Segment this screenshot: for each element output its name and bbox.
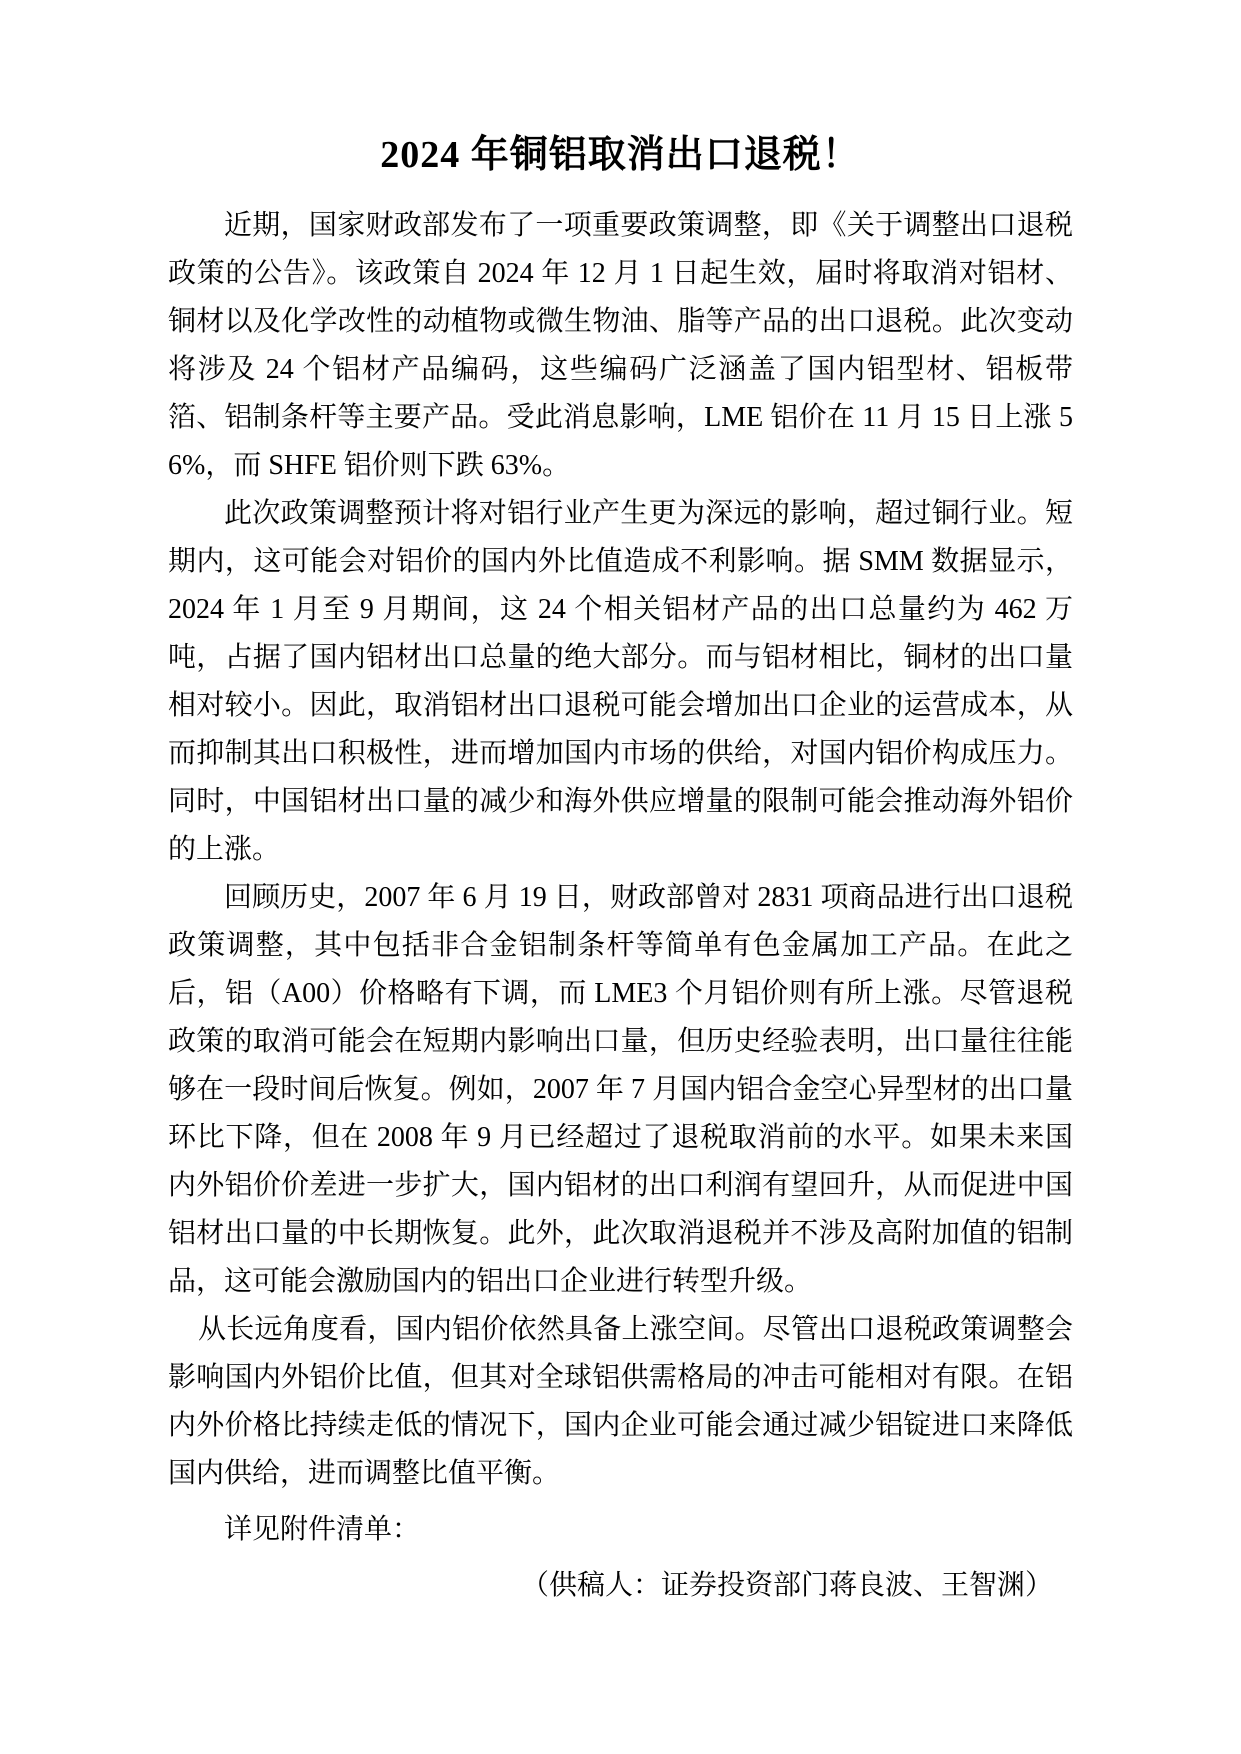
byline: （供稿人：证券投资部门蒋良波、王智渊） bbox=[168, 1562, 1053, 1610]
paragraph-policy-announcement: 近期，国家财政部发布了一项重要政策调整，即《关于调整出口退税政策的公告》。该政策… bbox=[168, 202, 1073, 490]
paragraph-historical-review: 回顾历史，2007 年 6 月 19 日，财政部曾对 2831 项商品进行出口退… bbox=[168, 874, 1073, 1306]
document-title: 2024 年铜铝取消出口退税！ bbox=[168, 128, 1073, 182]
paragraph-industry-impact: 此次政策调整预计将对铝行业产生更为深远的影响，超过铜行业。短期内，这可能会对铝价… bbox=[168, 490, 1073, 874]
paragraph-long-term-outlook: 从长远角度看，国内铝价依然具备上涨空间。尽管出口退税政策调整会影响国内外铝价比值… bbox=[168, 1306, 1073, 1498]
attachment-note: 详见附件清单： bbox=[168, 1506, 1073, 1554]
document-page: 2024 年铜铝取消出口退税！ 近期，国家财政部发布了一项重要政策调整，即《关于… bbox=[0, 0, 1241, 1754]
